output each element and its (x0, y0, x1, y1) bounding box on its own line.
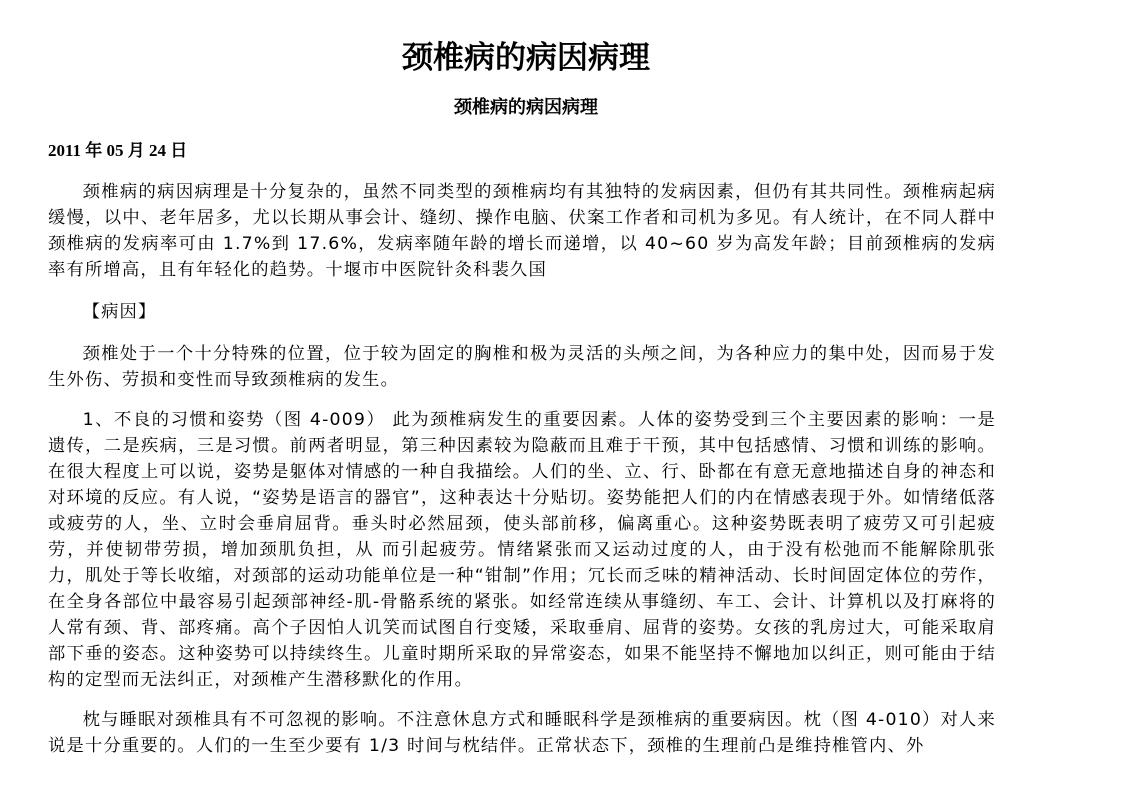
document-page: 颈椎病的病因病理 颈椎病的病因病理 2011 年 05 月 24 日 颈椎病的病… (0, 0, 1122, 793)
paragraph-cervical-position: 颈椎处于一个十分特殊的位置，位于较为固定的胸椎和极为灵活的头颅之间，为各种应力的… (48, 341, 996, 393)
document-body: 颈椎病的病因病理是十分复杂的，虽然不同类型的颈椎病均有其独特的发病因素，但仍有其… (48, 179, 996, 773)
paragraph-pillow-sleep: 枕与睡眠对颈椎具有不可忽视的影响。不注意休息方式和睡眠科学是颈椎病的重要病因。枕… (48, 707, 996, 759)
publish-date: 2011 年 05 月 24 日 (48, 139, 187, 163)
document-title: 颈椎病的病因病理 (0, 38, 1052, 78)
section-heading-cause: 【病因】 (48, 299, 996, 325)
paragraph-intro: 颈椎病的病因病理是十分复杂的，虽然不同类型的颈椎病均有其独特的发病因素，但仍有其… (48, 179, 996, 283)
document-subtitle: 颈椎病的病因病理 (0, 96, 1052, 120)
paragraph-habits-posture: 1、不良的习惯和姿势（图 4-009） 此为颈椎病发生的重要因素。人体的姿势受到… (48, 407, 996, 693)
